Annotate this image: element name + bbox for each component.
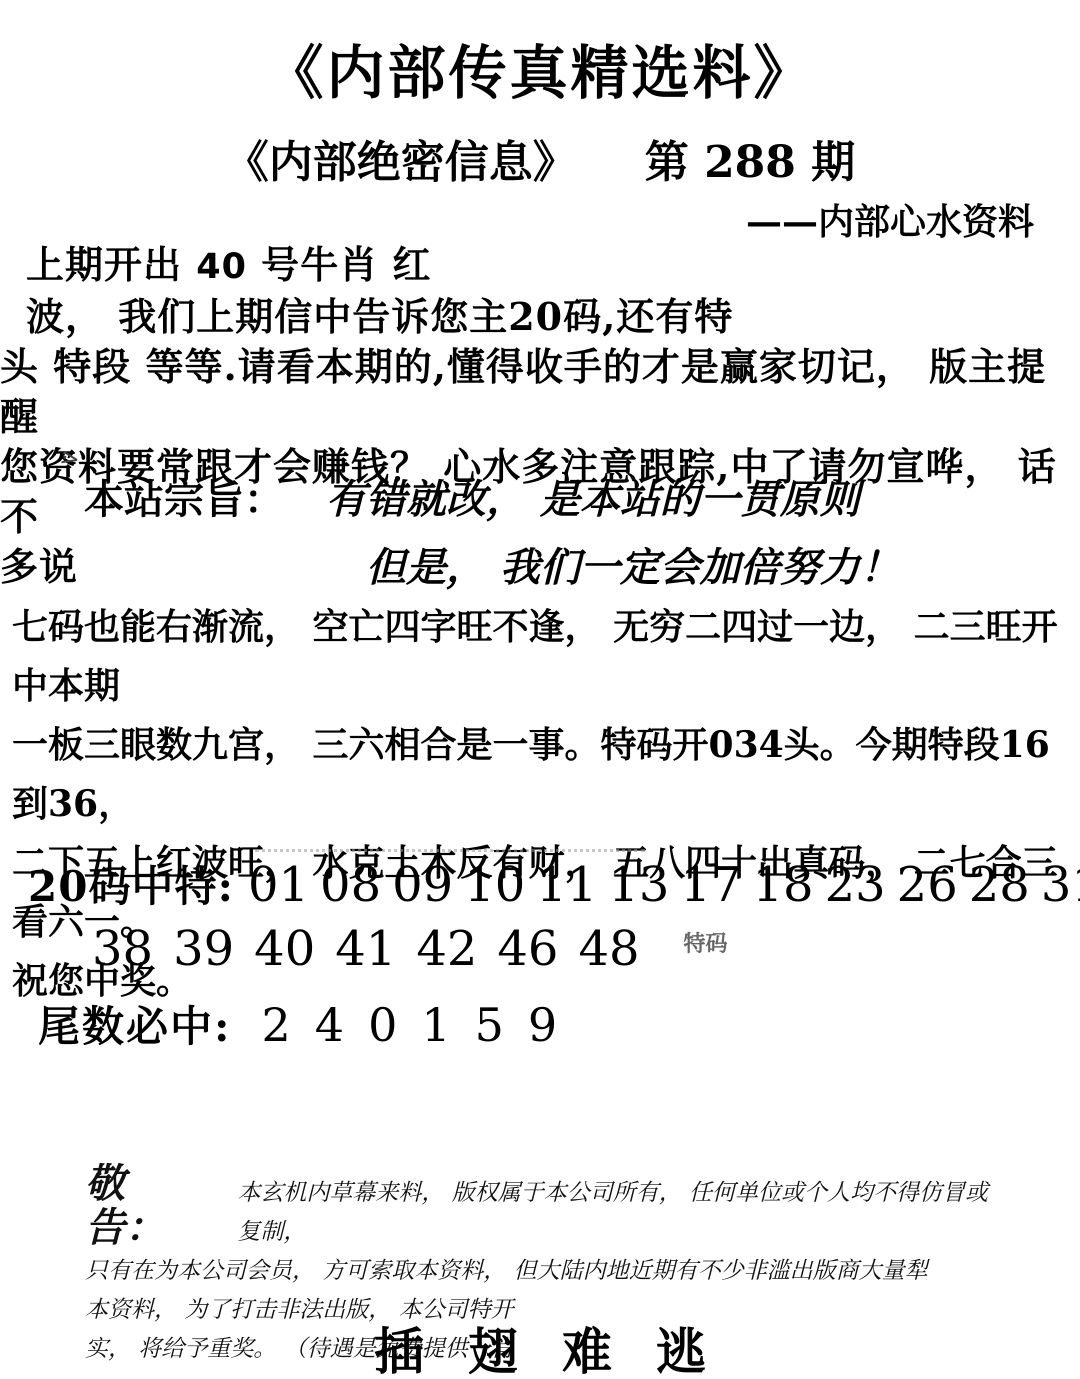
pick-number: 11 <box>536 857 597 913</box>
pick-number: 10 <box>464 857 525 913</box>
pick-number: 23 <box>825 857 886 913</box>
picks-row-2-numbers: 38394041424648 <box>92 921 660 977</box>
pick-number: 28 <box>969 857 1030 913</box>
subtitle-secret-info: 《内部绝密信息》 <box>225 137 577 188</box>
intro-segment: 红 <box>392 243 431 287</box>
intro-segment: 40 <box>196 247 247 287</box>
intro-line-2: 头 特段 等等.请看本期的,懂得收手的才是赢家切记， 版主提醒 <box>0 342 1080 442</box>
tail-digit: 0 <box>368 998 397 1052</box>
motto-line-2: 但是， 我们一定会加倍努力！ <box>366 536 900 593</box>
tail-digit: 5 <box>475 998 504 1052</box>
motto-row: 本站宗旨：有错就改， 是本站的一贯原则 <box>84 468 860 525</box>
tails-label: 尾数必中: <box>38 1002 232 1051</box>
notice-line-2: 只有在为本公司会员， 方可索取本资料， 但大陆内地近期有不少非滥出版商大量犁 <box>85 1252 1005 1291</box>
pick-number: 31 <box>1041 857 1080 913</box>
pick-number: 41 <box>335 921 396 977</box>
tail-digit: 1 <box>421 998 450 1052</box>
tail-digits: 240159 <box>262 1002 582 1051</box>
picks-row-1: 20码中特:01080910111317182326283137 <box>28 854 1080 918</box>
tail-digit: 2 <box>262 998 291 1052</box>
pick-number: 09 <box>392 857 453 913</box>
picks-row-2: 38394041424648特码 <box>28 918 1080 989</box>
poem-line-1: 七码也能右渐流， 空亡四字旺不逢， 无穷二四过一边， 二三旺开中本期 <box>12 598 1072 716</box>
scan-artifact-dashes <box>255 849 645 852</box>
tail-numbers-row: 尾数必中:240159 <box>38 994 581 1054</box>
poem-line-2: 一板三眼数九宫， 三六相合是一事。特码开034头。今期特段16到36， <box>12 716 1072 834</box>
intro-segment: 号 <box>247 242 300 287</box>
pick-number: 26 <box>897 857 958 913</box>
pick-number: 17 <box>680 857 741 913</box>
pick-number: 38 <box>92 921 153 977</box>
motto-label: 本站宗旨： <box>84 476 284 523</box>
pick-number: 01 <box>248 857 309 913</box>
intro-segment: 波， 我们上期信中告诉您主20码,还有特 <box>26 294 733 339</box>
pick-number: 40 <box>254 921 315 977</box>
intro-segment: 上期开出 <box>26 242 196 287</box>
intro-line-1: 上期开出 40 号牛肖 红波， 我们上期信中告诉您主20码,还有特 <box>0 240 1080 342</box>
pick-number: 39 <box>173 921 234 977</box>
intro-segment: 牛 <box>300 243 339 287</box>
pick-number: 48 <box>578 921 639 977</box>
notice-line-1: 本玄机内草幕来料， 版权属于本公司所有， 任何单位或个人均不得仿冒或复制， <box>237 1162 1005 1252</box>
pick-number: 13 <box>608 857 669 913</box>
pick-number: 18 <box>753 857 814 913</box>
pick-number: 42 <box>416 921 477 977</box>
pick-number: 46 <box>497 921 558 977</box>
notice-label: 敬告： <box>85 1162 197 1250</box>
pick-number: 08 <box>320 857 381 913</box>
subtitle-row: 《内部绝密信息》第 288 期 <box>0 126 1080 190</box>
footer-slogan: 插翅难逃 <box>0 1312 1080 1379</box>
tagline: ——内部心水资料 <box>746 194 1034 245</box>
issue-number: 第 288 期 <box>645 137 855 188</box>
picks-row-1-numbers: 01080910111317182326283137 <box>248 857 1080 913</box>
page-title: 《内部传真精选料》 <box>0 26 1080 110</box>
picks-20-block: 20码中特:01080910111317182326283137 3839404… <box>28 854 1080 989</box>
tail-digit: 4 <box>315 998 344 1052</box>
picks-label: 20码中特: <box>28 862 234 911</box>
tail-digit: 9 <box>528 998 557 1052</box>
faint-special-note: 特码 <box>684 931 728 957</box>
intro-segment: 肖 <box>339 242 392 287</box>
motto-line-1: 有错就改， 是本站的一贯原则 <box>326 476 860 523</box>
notice-first-row: 敬告： 本玄机内草幕来料， 版权属于本公司所有， 任何单位或个人均不得仿冒或复制… <box>85 1162 1005 1252</box>
